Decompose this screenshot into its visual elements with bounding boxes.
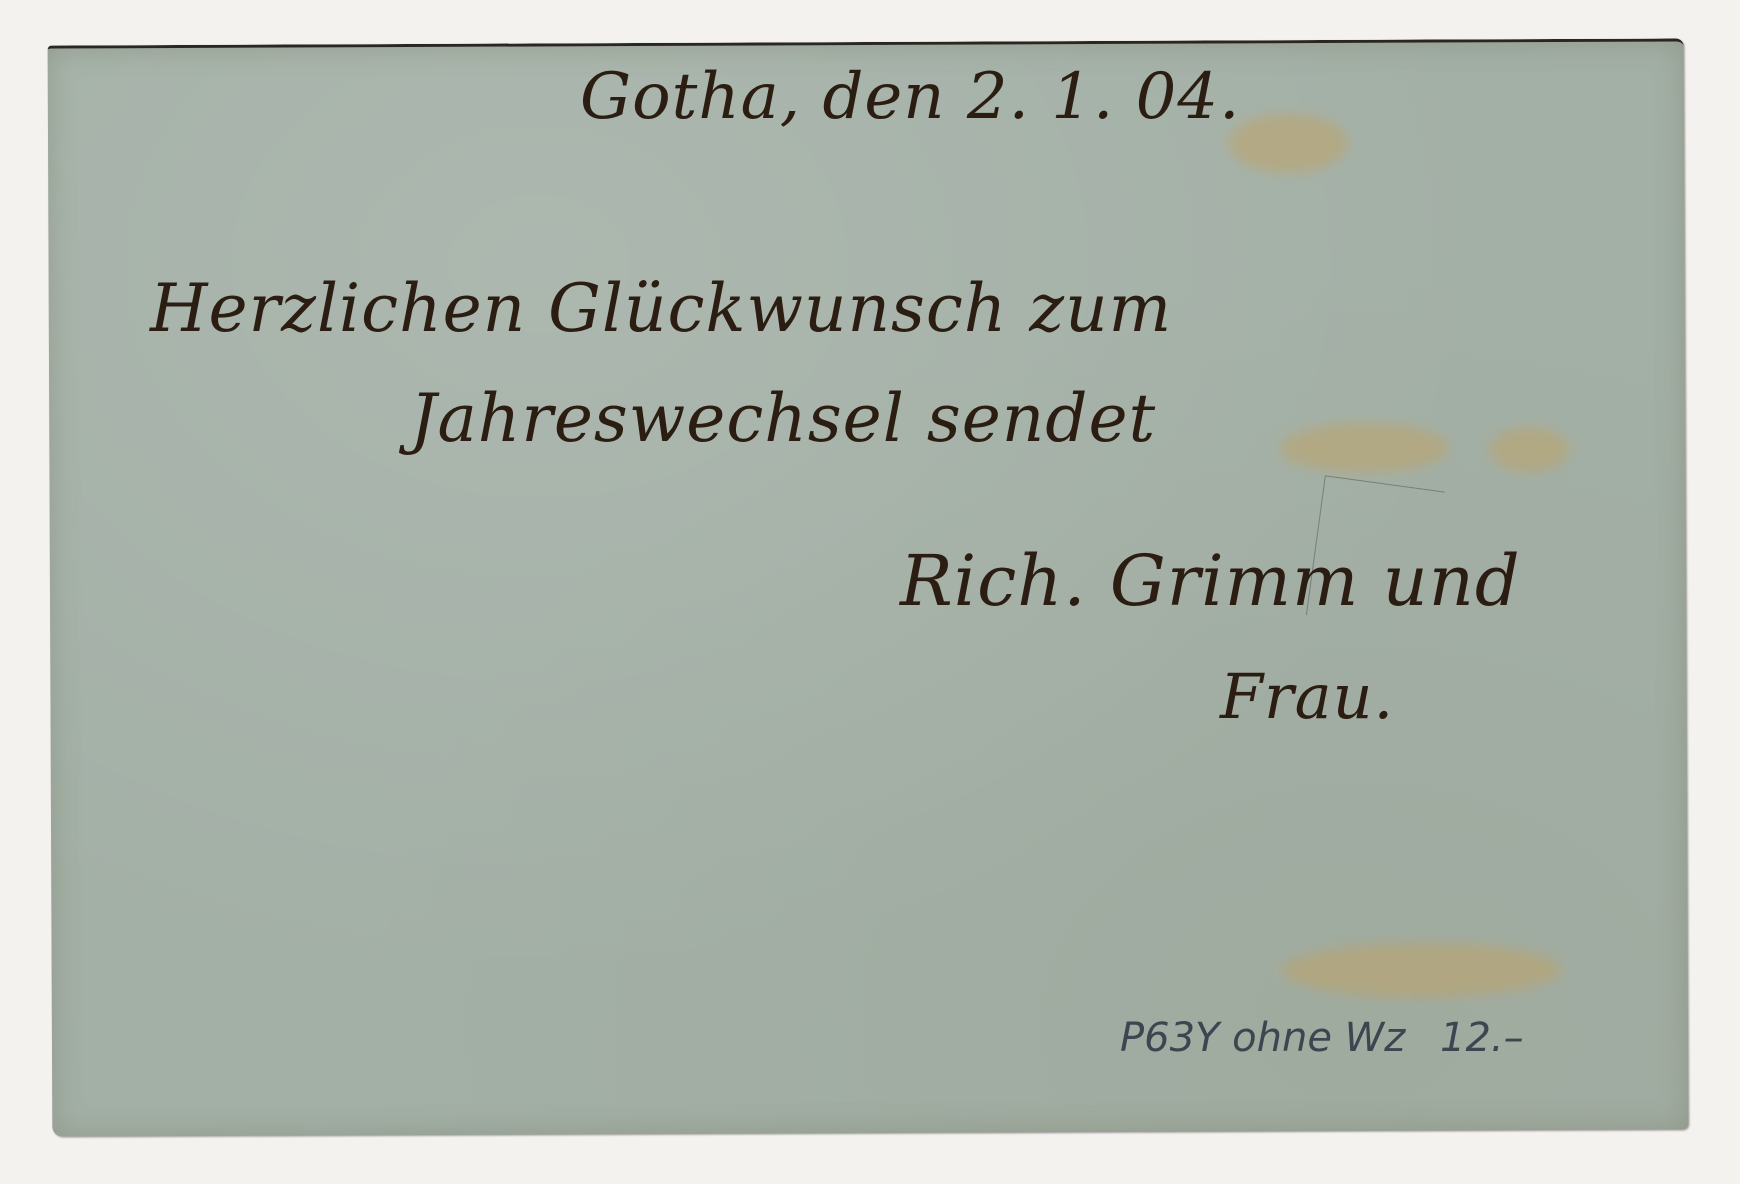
stain-right-mid-2 (1489, 427, 1569, 472)
pencil-catalog-note: P63Y ohne Wz (1120, 1015, 1405, 1061)
place-date: Gotha, den 2. 1. 04. (580, 60, 1240, 134)
message-line-2: Jahreswechsel sendet (410, 380, 1156, 457)
signature-line-2: Frau. (1220, 660, 1394, 733)
message-line-1: Herzlichen Glückwunsch zum (150, 270, 1172, 347)
stain-right-mid (1279, 422, 1449, 473)
pencil-price-note: 12.– (1440, 1015, 1524, 1061)
stain-top-right (1228, 113, 1348, 174)
stain-bottom-right (1282, 942, 1562, 998)
signature-line-1: Rich. Grimm und (900, 540, 1521, 622)
